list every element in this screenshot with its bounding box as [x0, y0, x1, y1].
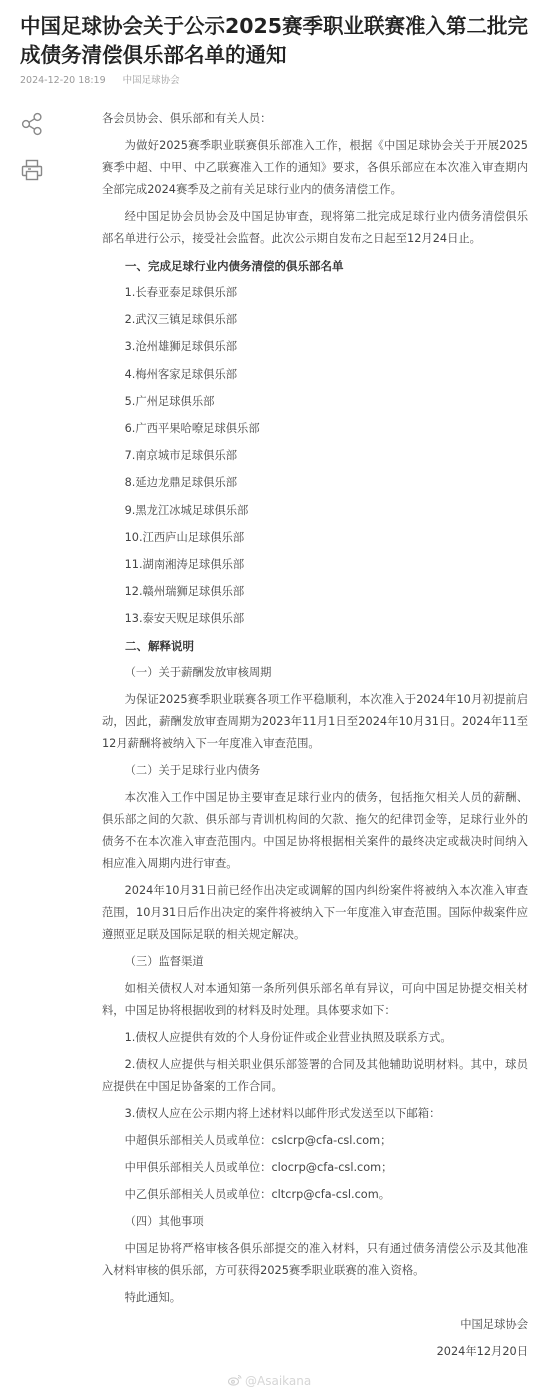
- club-item: 5.广州足球俱乐部: [102, 391, 528, 413]
- club-item: 6.广西平果哈嘹足球俱乐部: [102, 418, 528, 440]
- publish-datetime: 2024-12-20 18:19: [20, 75, 106, 86]
- salutation: 各会员协会、俱乐部和有关人员：: [102, 108, 528, 130]
- intro-paragraph: 为做好2025赛季职业联赛俱乐部准入工作，根据《中国足球协会关于开展2025赛季…: [102, 135, 528, 201]
- subsection4-paragraph: 中国足协将严格审核各俱乐部提交的准入材料，只有通过债务清偿公示及其他准入材料审核…: [102, 1238, 528, 1282]
- section2-heading: 二、解释说明: [102, 635, 528, 657]
- print-icon[interactable]: [20, 158, 44, 182]
- subsection1-paragraph: 为保证2025赛季职业联赛各项工作平稳顺利，本次准入于2024年10月初提前启动…: [102, 689, 528, 755]
- subsection3-heading: （三）监督渠道: [102, 951, 528, 973]
- club-item: 11.湖南湘涛足球俱乐部: [102, 554, 528, 576]
- article-source: 中国足球协会: [123, 75, 180, 86]
- side-toolbar: [20, 112, 46, 182]
- article-meta: 2024-12-20 18:19 中国足球协会: [20, 72, 180, 86]
- article-body: 各会员协会、俱乐部和有关人员： 为做好2025赛季职业联赛俱乐部准入工作，根据《…: [102, 108, 528, 1368]
- section1-heading: 一、完成足球行业内债务清偿的俱乐部名单: [102, 255, 528, 277]
- club-item: 12.赣州瑞狮足球俱乐部: [102, 581, 528, 603]
- requirement-1: 1.债权人应提供有效的个人身份证件或企业营业执照及联系方式。: [102, 1027, 528, 1049]
- subsection4-heading: （四）其他事项: [102, 1211, 528, 1233]
- club-item: 1.长春亚泰足球俱乐部: [102, 282, 528, 304]
- club-item: 13.泰安天贶足球俱乐部: [102, 608, 528, 630]
- subsection1-heading: （一）关于薪酬发放审核周期: [102, 662, 528, 684]
- signature-org: 中国足球协会: [102, 1314, 528, 1336]
- requirement-3: 3.债权人应在公示期内将上述材料以邮件形式发送至以下邮箱：: [102, 1103, 528, 1125]
- email-cl2: 中乙俱乐部相关人员或单位：cltcrp@cfa-csl.com。: [102, 1184, 528, 1206]
- subsection2-paragraph2: 2024年10月31日前已经作出决定或调解的国内纠纷案件将被纳入本次准入审查范围…: [102, 880, 528, 946]
- club-list: 1.长春亚泰足球俱乐部 2.武汉三镇足球俱乐部 3.沧州雄狮足球俱乐部 4.梅州…: [102, 282, 528, 630]
- email-cl1: 中甲俱乐部相关人员或单位：clocrp@cfa-csl.com；: [102, 1157, 528, 1179]
- subsection3-paragraph: 如相关债权人对本通知第一条所列俱乐部名单有异议，可向中国足协提交相关材料，中国足…: [102, 978, 528, 1022]
- weibo-icon: [228, 1374, 242, 1386]
- club-item: 8.延边龙鼎足球俱乐部: [102, 472, 528, 494]
- email-csl: 中超俱乐部相关人员或单位：cslcrp@cfa-csl.com；: [102, 1130, 528, 1152]
- club-item: 7.南京城市足球俱乐部: [102, 445, 528, 467]
- club-item: 9.黑龙江冰城足球俱乐部: [102, 500, 528, 522]
- club-item: 10.江西庐山足球俱乐部: [102, 527, 528, 549]
- club-item: 3.沧州雄狮足球俱乐部: [102, 336, 528, 358]
- closing: 特此通知。: [102, 1287, 528, 1309]
- club-item: 2.武汉三镇足球俱乐部: [102, 309, 528, 331]
- watermark-text: @Asaikana: [245, 1374, 311, 1388]
- review-paragraph: 经中国足协会员协会及中国足协审查，现将第二批完成足球行业内债务清偿俱乐部名单进行…: [102, 206, 528, 250]
- article-title: 中国足球协会关于公示2025赛季职业联赛准入第二批完成债务清偿俱乐部名单的通知: [20, 12, 530, 70]
- share-icon[interactable]: [20, 112, 44, 136]
- subsection2-paragraph1: 本次准入工作中国足协主要审查足球行业内的债务，包括拖欠相关人员的薪酬、俱乐部之间…: [102, 787, 528, 875]
- watermark: @Asaikana: [228, 1374, 311, 1388]
- subsection2-heading: （二）关于足球行业内债务: [102, 760, 528, 782]
- requirement-2: 2.债权人应提供与相关职业俱乐部签署的合同及其他辅助说明材料。其中，球员应提供在…: [102, 1054, 528, 1098]
- signature-date: 2024年12月20日: [102, 1341, 528, 1363]
- club-item: 4.梅州客家足球俱乐部: [102, 364, 528, 386]
